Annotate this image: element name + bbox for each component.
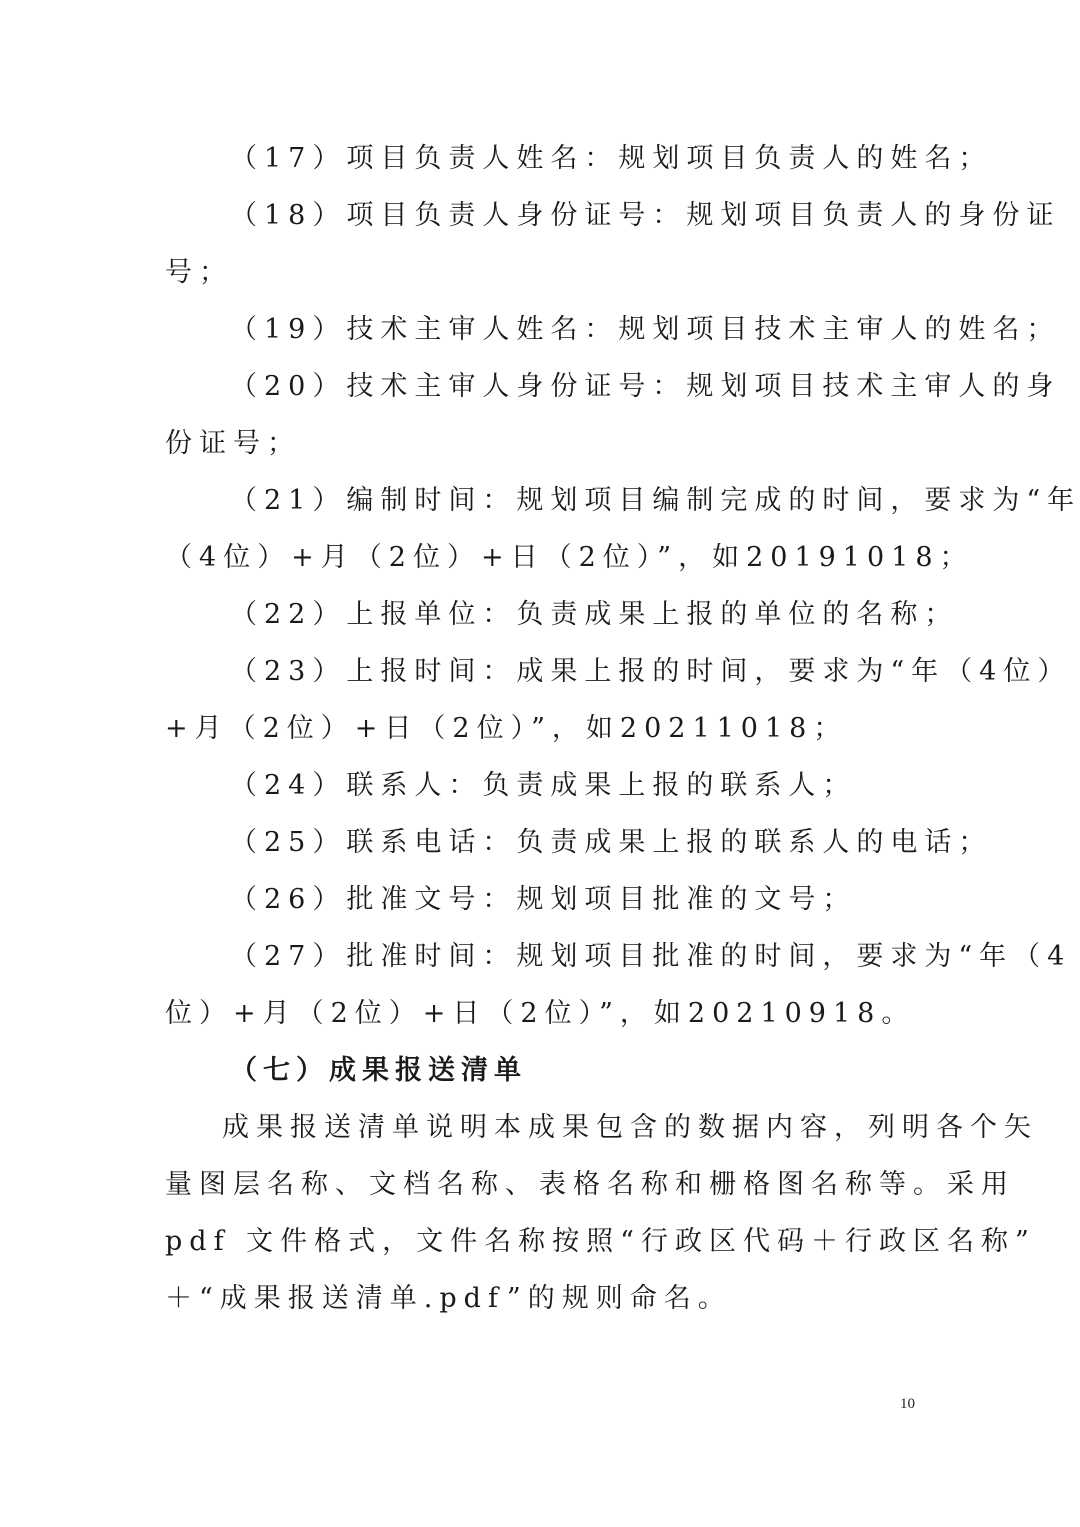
text-line: （22）上报单位：负责成果上报的单位的名称； bbox=[230, 598, 958, 632]
text-line: 份证号； bbox=[165, 427, 301, 461]
text-line: （25）联系电话：负责成果上报的联系人的电话； bbox=[230, 826, 992, 860]
text-line: 量图层名称、文档名称、表格名称和栅格图名称等。采用 bbox=[165, 1168, 1015, 1202]
text-line: （18）项目负责人身份证号：规划项目负责人的身份证 bbox=[230, 199, 1060, 233]
text-line: （27）批准时间：规划项目批准的时间，要求为“年（4 bbox=[230, 940, 1071, 974]
text-line: 号； bbox=[165, 256, 233, 290]
text-line: ＋“成果报送清单.pdf”的规则命名。 bbox=[165, 1282, 732, 1316]
text-line: （21）编制时间：规划项目编制完成的时间，要求为“年 bbox=[230, 484, 1080, 518]
text-line: （4位）+月（2位）+日（2位）”，如20191018； bbox=[165, 541, 974, 575]
text-line: 成果报送清单说明本成果包含的数据内容，列明各个矢 bbox=[222, 1111, 1038, 1145]
section-heading: （七）成果报送清单 bbox=[230, 1054, 527, 1088]
text-line: （26）批准文号：规划项目批准的文号； bbox=[230, 883, 856, 917]
page-number: 10 bbox=[900, 1396, 915, 1413]
text-line: 位）+月（2位）+日（2位）”，如20210918。 bbox=[165, 997, 915, 1031]
text-line: （23）上报时间：成果上报的时间，要求为“年（4位） bbox=[230, 655, 1071, 689]
text-line: pdf 文件格式，文件名称按照“行政区代码＋行政区名称” bbox=[165, 1225, 1036, 1259]
text-line: +月（2位）+日（2位）”，如20211018； bbox=[165, 712, 847, 746]
text-line: （19）技术主审人姓名：规划项目技术主审人的姓名； bbox=[230, 313, 1060, 347]
text-line: （17）项目负责人姓名：规划项目负责人的姓名； bbox=[230, 142, 992, 176]
text-line: （20）技术主审人身份证号：规划项目技术主审人的身 bbox=[230, 370, 1060, 404]
text-line: （24）联系人：负责成果上报的联系人； bbox=[230, 769, 856, 803]
